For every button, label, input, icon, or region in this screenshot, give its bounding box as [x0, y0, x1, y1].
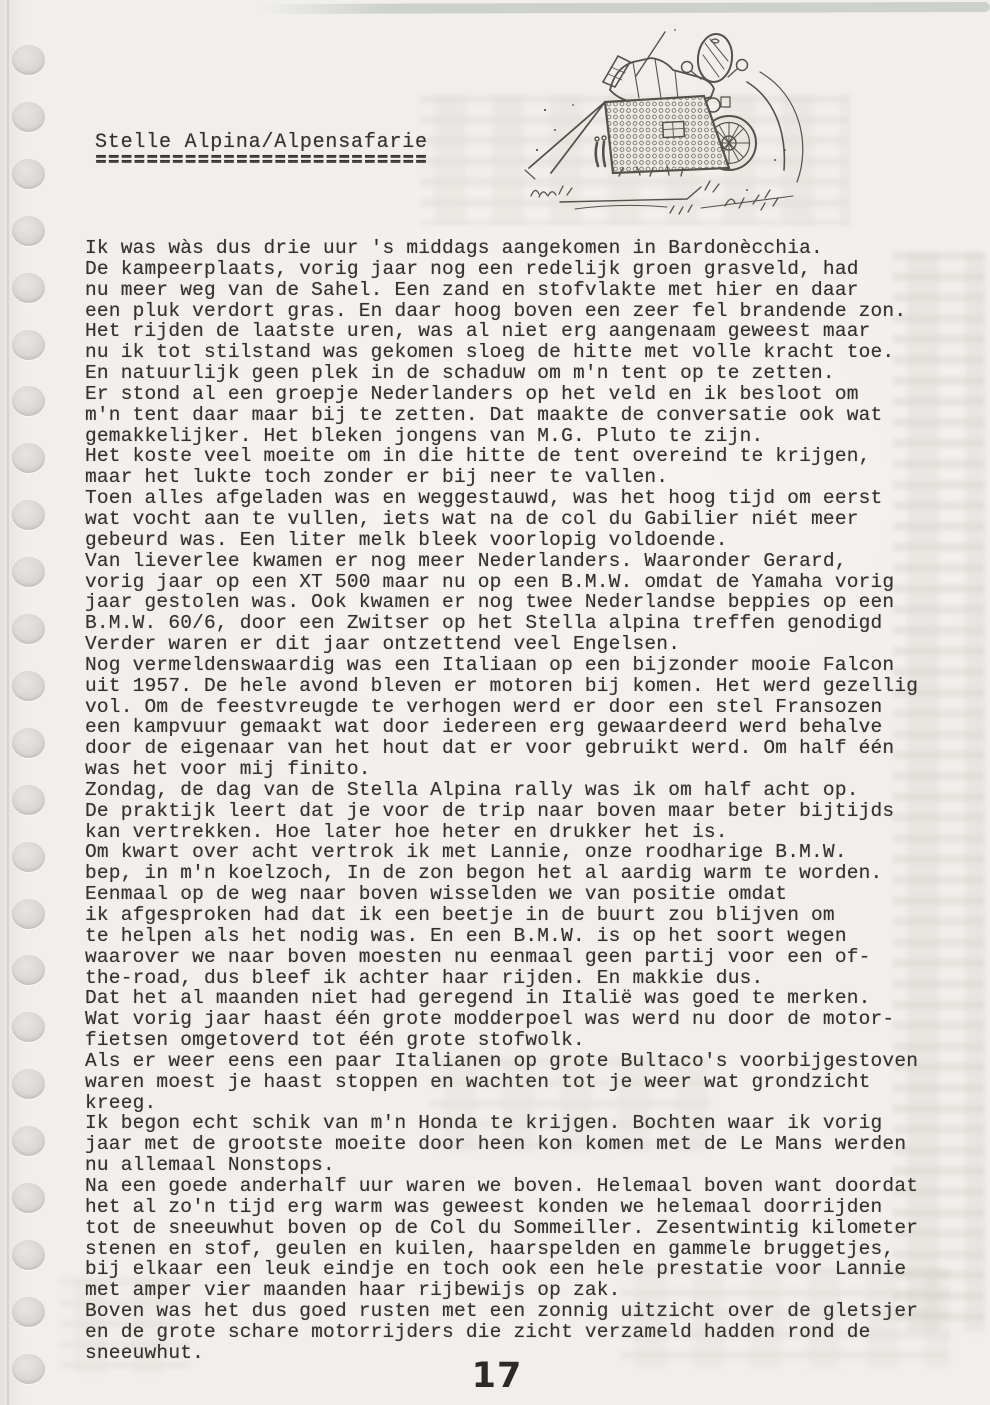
text-line: wat vocht aan te vullen, iets wat na de …: [85, 508, 965, 529]
binder-hole: [12, 386, 45, 416]
binder-hole: [12, 899, 45, 929]
text-line: door de eigenaar van het hout dat er voo…: [85, 737, 965, 758]
text-line: het al zo'n tijd erg warm was geweest ko…: [85, 1196, 965, 1217]
binder-hole: [12, 955, 45, 985]
text-line: jaar gestolen was. Ook kwamen er nog twe…: [85, 591, 965, 612]
text-line: Ik was wàs dus drie uur 's middags aange…: [85, 237, 965, 258]
text-line: bep, in m'n koelzoch, In de zon begon he…: [85, 862, 965, 883]
binder-hole: [12, 500, 45, 530]
body-text: Ik was wàs dus drie uur 's middags aange…: [85, 237, 965, 1363]
text-line: stenen en stof, geulen en kuilen, haarsp…: [85, 1238, 965, 1259]
tent-motorcycle-illustration: [515, 10, 990, 220]
binder-hole: [12, 614, 45, 644]
text-line: m'n tent daar maar bij te zetten. Dat ma…: [85, 404, 965, 425]
text-line: kreeg.: [85, 1092, 965, 1113]
tent-window: [663, 121, 685, 137]
text-line: En natuurlijk geen plek in de schaduw om…: [85, 362, 965, 383]
grass-tufts: [531, 181, 778, 214]
text-line: Boven was het dus goed rusten met een zo…: [85, 1300, 965, 1321]
text-line: Het koste veel moeite om in die hitte de…: [85, 445, 965, 466]
text-line: the-road, dus bleef ik achter haar rijde…: [85, 967, 965, 988]
text-line: ik afgesproken had dat ik een beetje in …: [85, 904, 965, 925]
text-line: nu allemaal Nonstops.: [85, 1154, 965, 1175]
text-line: Eenmaal op de weg naar boven wisselden w…: [85, 883, 965, 904]
binder-hole: [12, 1354, 45, 1384]
hill-outline: [760, 72, 803, 182]
binder-hole: [12, 1240, 45, 1270]
text-line: Verder waren er dit jaar ontzettend veel…: [85, 633, 965, 654]
text-line: Zondag, de dag van de Stella Alpina rall…: [85, 779, 965, 800]
binder-hole: [12, 159, 45, 189]
binder-hole: [12, 557, 45, 587]
text-line: was het voor mij finito.: [85, 758, 965, 779]
binder-hole: [12, 671, 45, 701]
text-line: Van lieverlee kwamen er nog meer Nederla…: [85, 550, 965, 571]
text-line: tot de sneeuwhut boven op de Col du Somm…: [85, 1217, 965, 1238]
text-line: met amper vier maanden haar rijbewijs op…: [85, 1279, 965, 1300]
ground-lines: [560, 187, 793, 209]
binder-hole: [12, 216, 45, 246]
tent-zipper-figures: [595, 136, 606, 166]
binder-hole: [12, 1126, 45, 1156]
text-line: De praktijk leert dat je voor de trip na…: [85, 800, 965, 821]
text-line: B.M.W. 60/6, door een Zwitser op het Ste…: [85, 612, 965, 633]
tent-pole-line: [636, 32, 665, 76]
text-line: bij elkaar een leuk eindje en toch ook e…: [85, 1258, 965, 1279]
text-line: Er stond al een groepje Nederlanders op …: [85, 383, 965, 404]
text-line: Wat vorig jaar haast één grote modderpoe…: [85, 1008, 965, 1029]
text-line: waren moest je haast stoppen en wachten …: [85, 1071, 965, 1092]
text-line: Om kwart over acht vertrok ik met Lannie…: [85, 841, 965, 862]
page-edge-line: [7, 0, 9, 1405]
binder-hole: [12, 1069, 45, 1099]
text-line: gebeurd was. Een liter melk bleek voorlo…: [85, 529, 965, 550]
tent-left-slope: [525, 102, 605, 179]
text-line: een pluk verdort gras. En daar hoog bove…: [85, 300, 965, 321]
text-line: Als er weer eens een paar Italianen op g…: [85, 1050, 965, 1071]
binder-hole: [12, 45, 45, 75]
text-line: uit 1957. De hele avond bleven er motore…: [85, 675, 965, 696]
text-line: nu meer weg van de Sahel. Een zand en st…: [85, 279, 965, 300]
text-line: vorig jaar op een XT 500 maar nu op een …: [85, 571, 965, 592]
text-line: nu ik tot stilstand was gekomen sloeg de…: [85, 341, 965, 362]
text-line: Nog vermeldenswaardig was een Italiaan o…: [85, 654, 965, 675]
binder-hole: [12, 1012, 45, 1042]
text-line: te helpen als het nodig was. En een B.M.…: [85, 925, 965, 946]
motorcycle-mirrors: [682, 60, 748, 80]
binder-hole: [12, 330, 45, 360]
text-line: vol. Om de feestvreugde te verhogen werd…: [85, 696, 965, 717]
text-line: Het rijden de laatste uren, was al niet …: [85, 320, 965, 341]
text-line: waarover we naar boven moesten nu eenmaa…: [85, 946, 965, 967]
text-line: De kampeerplaats, vorig jaar nog een red…: [85, 258, 965, 279]
text-line: en de grote schare motorrijders die zich…: [85, 1321, 965, 1342]
text-line: kan vertrekken. Hoe later hoe heter en d…: [85, 821, 965, 842]
binder-hole: [12, 842, 45, 872]
text-line: een kampvuur gemaakt wat door iedereen e…: [85, 716, 965, 737]
binder-hole: [12, 1297, 45, 1327]
text-line: Dat het al maanden niet had geregend in …: [85, 987, 965, 1008]
text-line: maar het lukte toch zonder er bij neer t…: [85, 466, 965, 487]
title-underline: ==========================: [95, 149, 428, 172]
binder-hole: [12, 728, 45, 758]
text-line: fietsen omgetoverd tot één grote stofwol…: [85, 1029, 965, 1050]
scanned-page: Stelle Alpina/Alpensafarie =============…: [0, 0, 990, 1405]
text-line: jaar met de grootste moeite door heen ko…: [85, 1133, 965, 1154]
page-number: 17: [427, 1356, 567, 1396]
binder-hole: [12, 443, 45, 473]
binder-hole: [12, 102, 45, 132]
binder-hole: [12, 785, 45, 815]
binder-hole: [12, 273, 45, 303]
text-line: Ik begon echt schik van m'n Honda te kri…: [85, 1112, 965, 1133]
text-line: Toen alles afgeladen was en weggestauwd,…: [85, 487, 965, 508]
binder-hole: [12, 1183, 45, 1213]
text-line: Na een goede anderhalf uur waren we bove…: [85, 1175, 965, 1196]
text-line: gemakkelijker. Het bleken jongens van M.…: [85, 425, 965, 446]
